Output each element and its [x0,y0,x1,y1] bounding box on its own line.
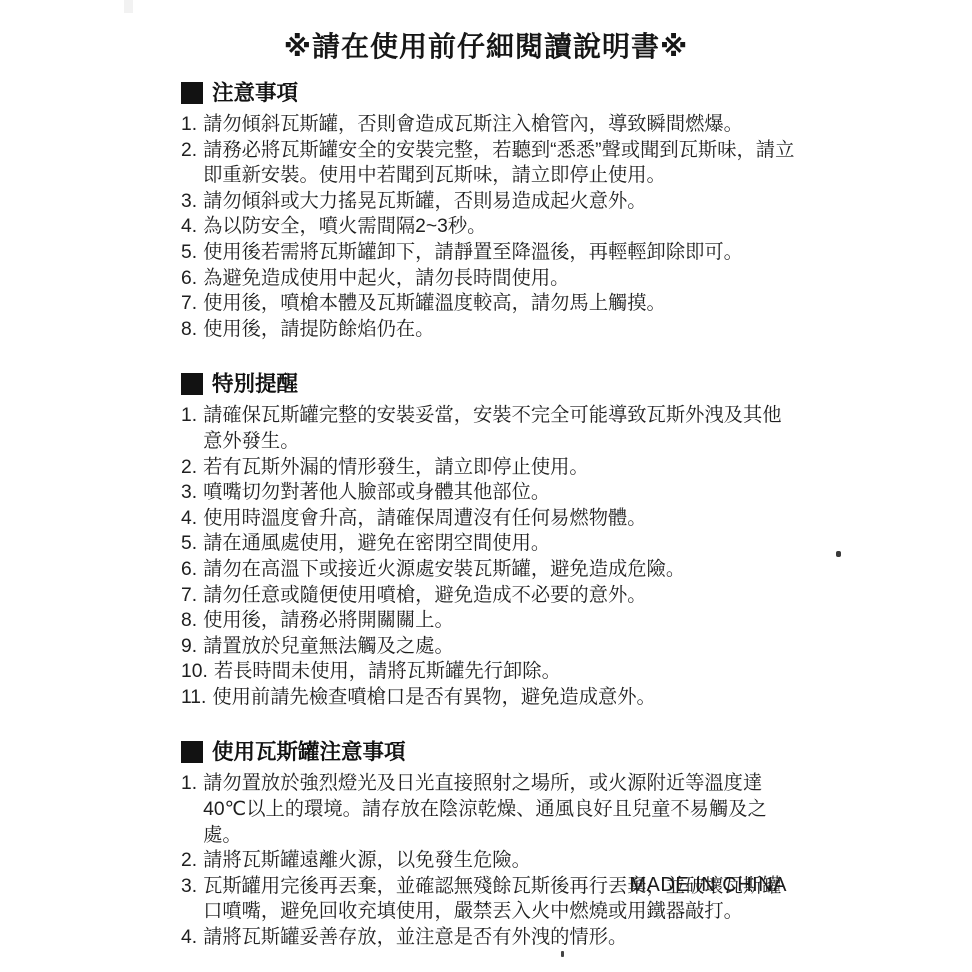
item-text: 為避免造成使用中起火，請勿長時間使用。 [203,266,799,292]
item-number: 10. [181,659,214,685]
instruction-item: 2.請將瓦斯罐遠離火源，以免發生危險。 [181,848,799,874]
item-number: 8. [181,608,203,634]
item-text: 使用後，噴槍本體及瓦斯罐溫度較高，請勿馬上觸摸。 [203,291,799,317]
item-number: 7. [181,291,203,317]
instruction-list: 1.請勿傾斜瓦斯罐，否則會造成瓦斯注入槍管內，導致瞬間燃爆。2.請務必將瓦斯罐安… [181,112,799,342]
item-text: 請確保瓦斯罐完整的安裝妥當，安裝不完全可能導致瓦斯外洩及其他意外發生。 [203,403,799,454]
item-number: 6. [181,557,203,583]
section-heading-label: 注意事項 [212,80,298,106]
item-number: 8. [181,317,203,343]
instruction-item: 7.使用後，噴槍本體及瓦斯罐溫度較高，請勿馬上觸摸。 [181,291,799,317]
item-text: 使用時溫度會升高，請確保周遭沒有任何易燃物體。 [203,506,799,532]
item-text: 請勿傾斜瓦斯罐，否則會造成瓦斯注入槍管內，導致瞬間燃爆。 [203,112,799,138]
instruction-item: 11.使用前請先檢查噴槍口是否有異物，避免造成意外。 [181,685,799,711]
item-number: 3. [181,480,203,506]
instruction-item: 2.若有瓦斯外漏的情形發生，請立即停止使用。 [181,455,799,481]
instruction-manual-page: ※請在使用前仔細閱讀說明書※ 注意事項1.請勿傾斜瓦斯罐，否則會造成瓦斯注入槍管… [0,0,972,972]
print-artifact-mid [836,551,841,557]
item-text: 為以防安全，噴火需間隔2~3秒。 [203,214,799,240]
section: 特別提醒1.請確保瓦斯罐完整的安裝妥當，安裝不完全可能導致瓦斯外洩及其他意外發生… [181,371,799,710]
instruction-item: 8.使用後，請務必將開關關上。 [181,608,799,634]
item-number: 4. [181,925,203,951]
section-heading-label: 使用瓦斯罐注意事項 [212,739,406,765]
sections: 注意事項1.請勿傾斜瓦斯罐，否則會造成瓦斯注入槍管內，導致瞬間燃爆。2.請務必將… [181,80,799,951]
page-title: ※請在使用前仔細閱讀說明書※ [0,25,972,65]
section-marker-square-icon [181,373,203,395]
section-heading: 注意事項 [181,80,799,106]
instruction-item: 3.請勿傾斜或大力搖晃瓦斯罐，否則易造成起火意外。 [181,189,799,215]
item-number: 2. [181,455,203,481]
item-text: 請勿置放於強烈燈光及日光直接照射之場所，或火源附近等溫度達40℃以上的環境。請存… [203,771,799,848]
item-number: 1. [181,403,203,454]
section: 使用瓦斯罐注意事項1.請勿置放於強烈燈光及日光直接照射之場所，或火源附近等溫度達… [181,739,799,950]
item-text: 若有瓦斯外漏的情形發生，請立即停止使用。 [203,455,799,481]
item-number: 3. [181,189,203,215]
instruction-item: 9.請置放於兒童無法觸及之處。 [181,634,799,660]
item-number: 11. [181,685,212,711]
section-heading: 特別提醒 [181,371,799,397]
made-in-china-label: MADE IN CHINA [629,874,787,897]
instruction-item: 1.請確保瓦斯罐完整的安裝妥當，安裝不完全可能導致瓦斯外洩及其他意外發生。 [181,403,799,454]
item-number: 5. [181,531,203,557]
item-number: 7. [181,583,203,609]
instruction-item: 8.使用後，請提防餘焰仍在。 [181,317,799,343]
item-number: 4. [181,214,203,240]
print-artifact-top [124,0,133,13]
instruction-item: 1.請勿傾斜瓦斯罐，否則會造成瓦斯注入槍管內，導致瞬間燃爆。 [181,112,799,138]
item-number: 6. [181,266,203,292]
section-heading: 使用瓦斯罐注意事項 [181,739,799,765]
instruction-item: 10.若長時間未使用，請將瓦斯罐先行卸除。 [181,659,799,685]
item-number: 1. [181,112,203,138]
instruction-item: 7.請勿任意或隨便使用噴槍，避免造成不必要的意外。 [181,583,799,609]
instruction-item: 1.請勿置放於強烈燈光及日光直接照射之場所，或火源附近等溫度達40℃以上的環境。… [181,771,799,848]
item-number: 3. [181,874,203,925]
section-marker-square-icon [181,741,203,763]
item-text: 使用後若需將瓦斯罐卸下，請靜置至降溫後，再輕輕卸除即可。 [203,240,799,266]
item-number: 4. [181,506,203,532]
instruction-item: 6.請勿在高溫下或接近火源處安裝瓦斯罐，避免造成危險。 [181,557,799,583]
item-text: 請務必將瓦斯罐安全的安裝完整，若聽到“悉悉”聲或聞到瓦斯味，請立即重新安裝。使用… [203,138,799,189]
item-text: 使用後，請務必將開關關上。 [203,608,799,634]
instruction-item: 6.為避免造成使用中起火，請勿長時間使用。 [181,266,799,292]
item-number: 1. [181,771,203,848]
item-text: 請將瓦斯罐遠離火源，以免發生危險。 [203,848,799,874]
item-text: 請勿在高溫下或接近火源處安裝瓦斯罐，避免造成危險。 [203,557,799,583]
instruction-item: 4.使用時溫度會升高，請確保周遭沒有任何易燃物體。 [181,506,799,532]
instruction-item: 3.噴嘴切勿對著他人臉部或身體其他部位。 [181,480,799,506]
section-marker-square-icon [181,82,203,104]
print-artifact-bottom [561,951,564,957]
section: 注意事項1.請勿傾斜瓦斯罐，否則會造成瓦斯注入槍管內，導致瞬間燃爆。2.請務必將… [181,80,799,342]
item-text: 噴嘴切勿對著他人臉部或身體其他部位。 [203,480,799,506]
item-number: 2. [181,138,203,189]
item-text: 使用前請先檢查噴槍口是否有異物，避免造成意外。 [212,685,799,711]
item-number: 9. [181,634,203,660]
instruction-item: 5.使用後若需將瓦斯罐卸下，請靜置至降溫後，再輕輕卸除即可。 [181,240,799,266]
instruction-list: 1.請確保瓦斯罐完整的安裝妥當，安裝不完全可能導致瓦斯外洩及其他意外發生。2.若… [181,403,799,710]
item-text: 若長時間未使用，請將瓦斯罐先行卸除。 [214,659,799,685]
item-number: 5. [181,240,203,266]
item-text: 請勿任意或隨便使用噴槍，避免造成不必要的意外。 [203,583,799,609]
item-text: 請在通風處使用，避免在密閉空間使用。 [203,531,799,557]
instruction-item: 2.請務必將瓦斯罐安全的安裝完整，若聽到“悉悉”聲或聞到瓦斯味，請立即重新安裝。… [181,138,799,189]
item-text: 請置放於兒童無法觸及之處。 [203,634,799,660]
item-text: 使用後，請提防餘焰仍在。 [203,317,799,343]
item-text: 請將瓦斯罐妥善存放，並注意是否有外洩的情形。 [203,925,799,951]
instruction-list: 1.請勿置放於強烈燈光及日光直接照射之場所，或火源附近等溫度達40℃以上的環境。… [181,771,799,950]
instruction-item: 5.請在通風處使用，避免在密閉空間使用。 [181,531,799,557]
section-heading-label: 特別提醒 [212,371,298,397]
item-text: 請勿傾斜或大力搖晃瓦斯罐，否則易造成起火意外。 [203,189,799,215]
instruction-item: 4.請將瓦斯罐妥善存放，並注意是否有外洩的情形。 [181,925,799,951]
instruction-item: 4.為以防安全，噴火需間隔2~3秒。 [181,214,799,240]
item-number: 2. [181,848,203,874]
